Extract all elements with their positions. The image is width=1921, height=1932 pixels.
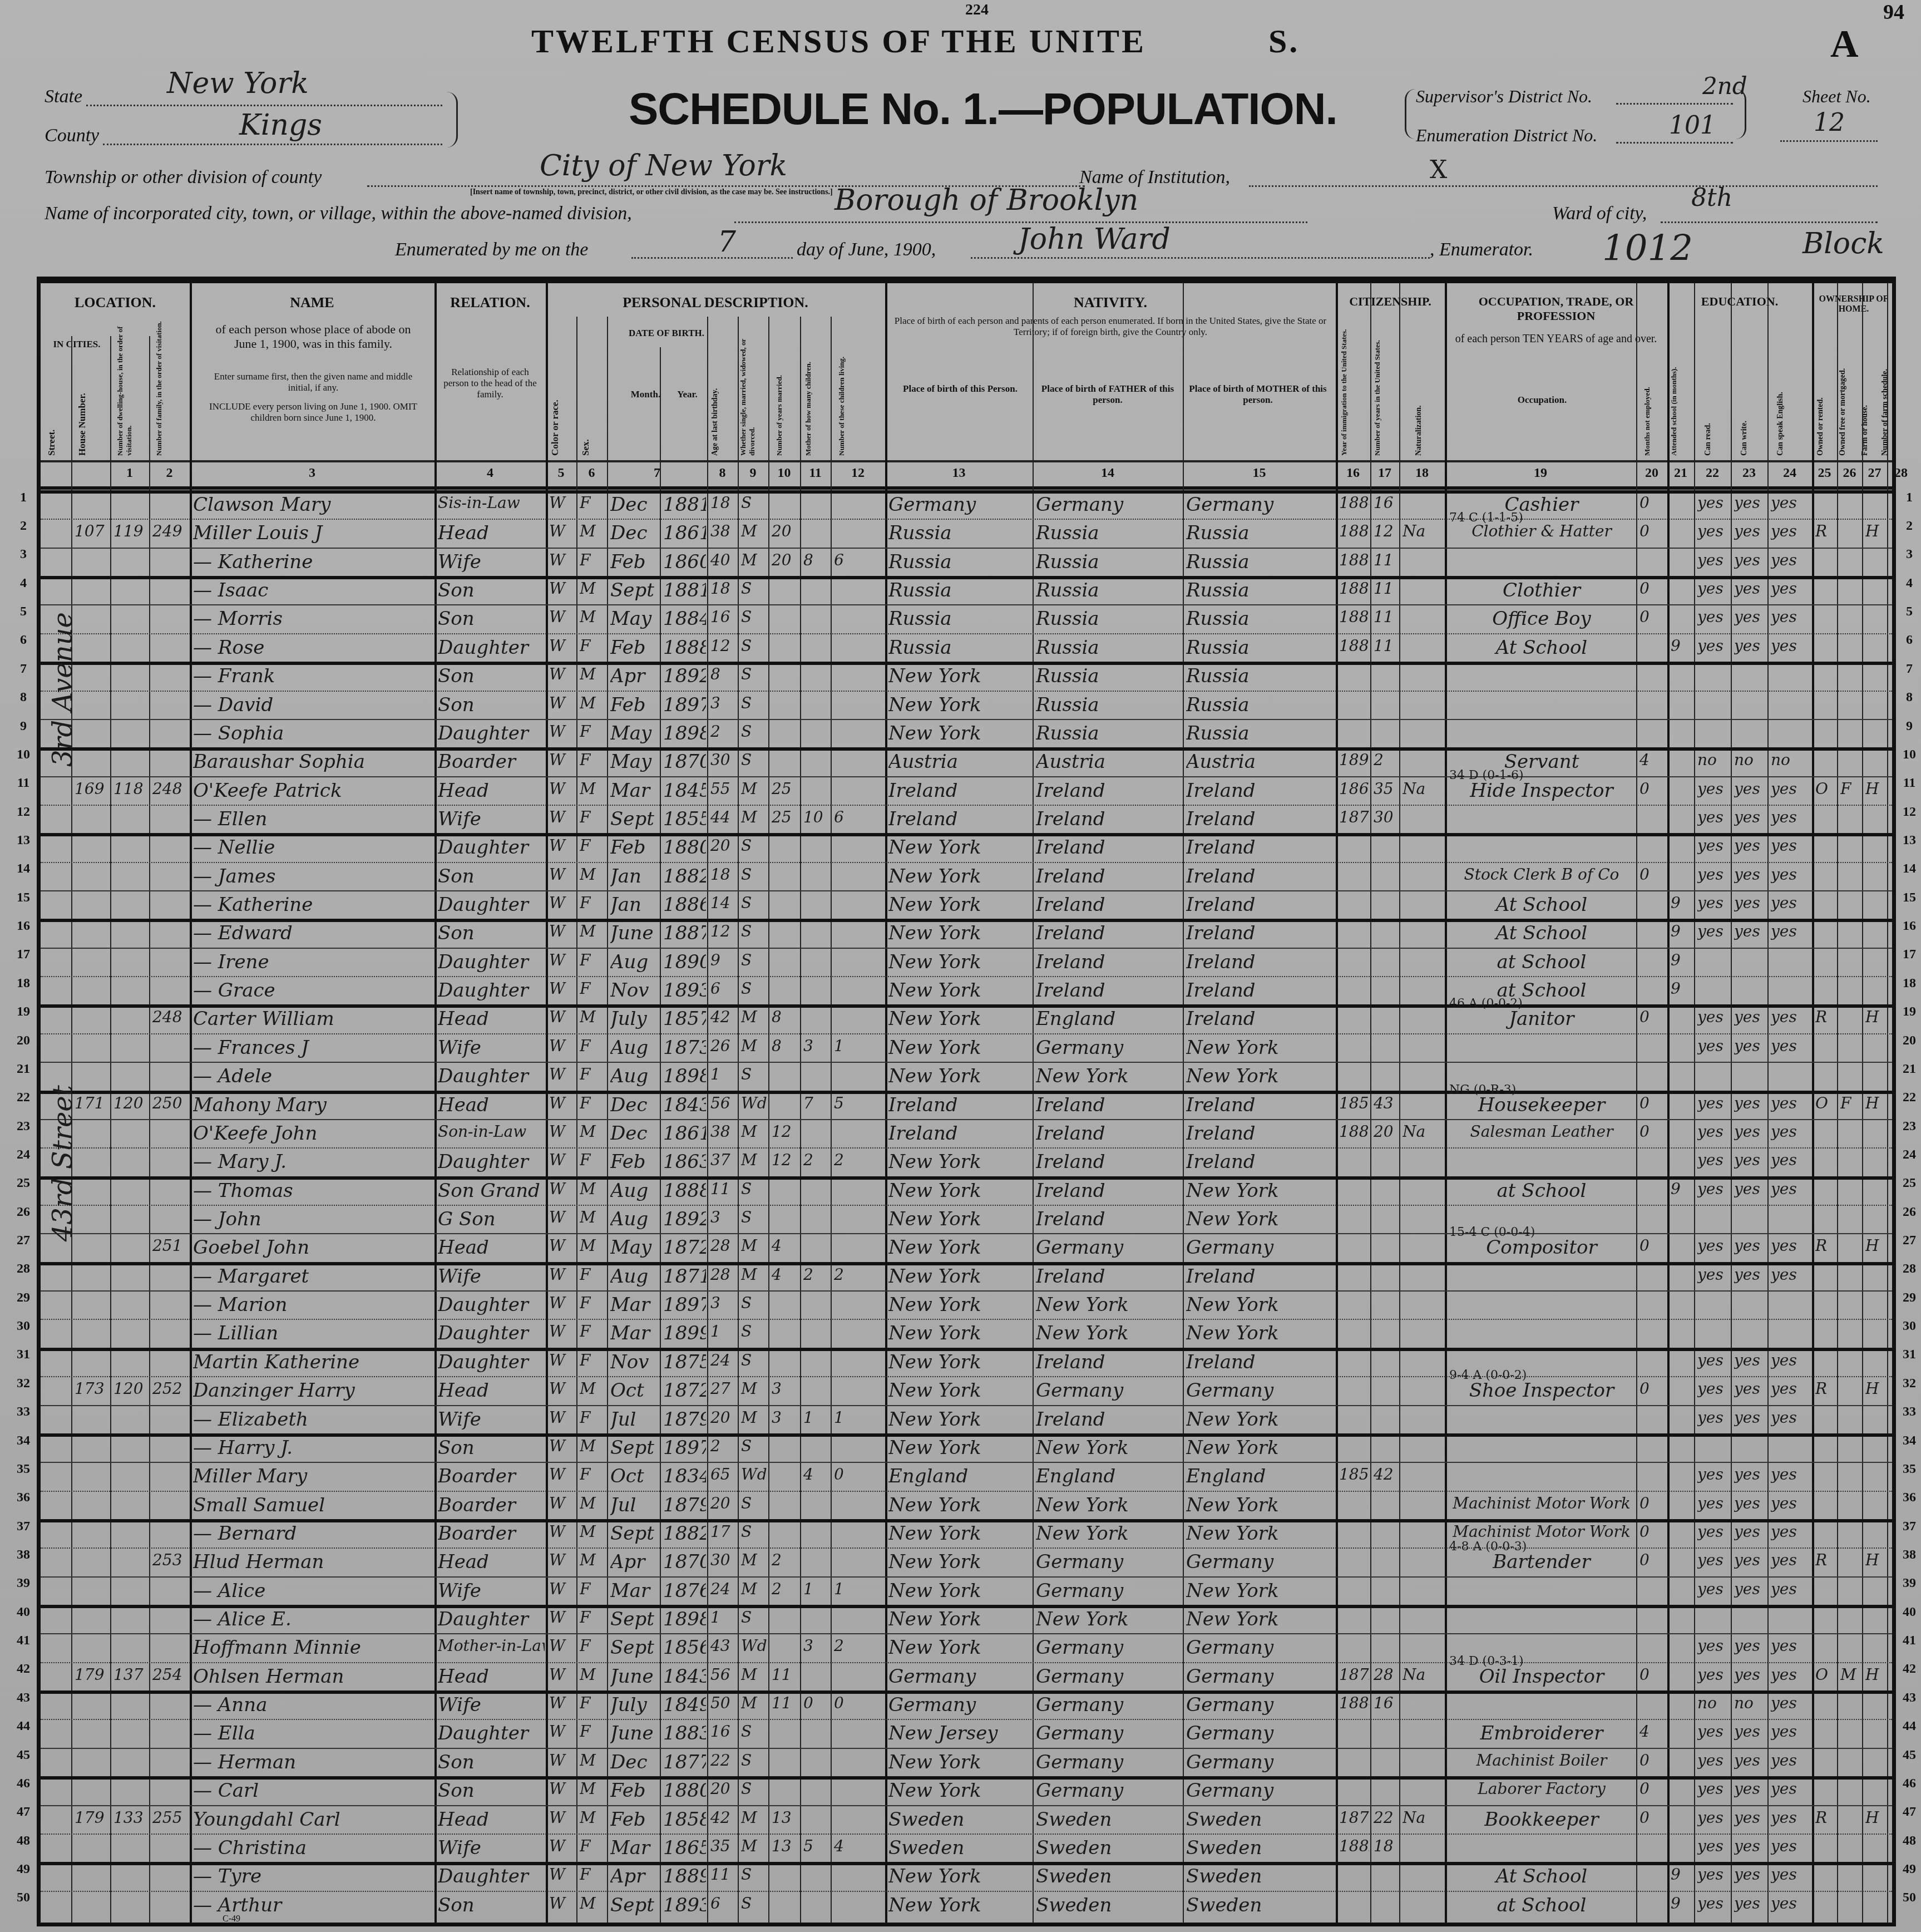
cell-bp: New York <box>888 951 1031 973</box>
cell-free: F <box>1840 780 1861 798</box>
column-number: 20 <box>1636 466 1667 481</box>
name-include: INCLUDE every person living on June 1, 1… <box>208 401 419 423</box>
cell-name: — Sophia <box>193 722 433 745</box>
cell-rel: Son <box>438 1894 545 1916</box>
cell-speak: yes <box>1771 1465 1811 1483</box>
cell-bp: Russia <box>888 608 1031 630</box>
county-label: County <box>45 125 99 146</box>
cell-color: W <box>549 922 575 940</box>
cell-liv: 6 <box>834 808 884 826</box>
cell-own: O <box>1815 1665 1836 1684</box>
cell-rel: Daughter <box>438 836 545 859</box>
margin-note: 1012 <box>1602 228 1693 269</box>
cell-farm: H <box>1865 780 1886 798</box>
column-number: 26 <box>1837 466 1862 481</box>
cell-mar: S <box>741 1522 767 1541</box>
row-number: 24 <box>1898 1147 1920 1162</box>
farm-schedule-header: Number of farm schedule. <box>1881 317 1890 456</box>
cell-speak: yes <box>1771 1751 1811 1770</box>
row-number: 20 <box>12 1033 34 1048</box>
cell-year: 1879 <box>663 1494 706 1516</box>
cell-bm: Ireland <box>1186 894 1335 916</box>
column-number: 17 <box>1370 466 1399 481</box>
cell-speak: yes <box>1771 1551 1811 1569</box>
cell-name: — Elizabeth <box>193 1408 433 1431</box>
cell-yrs: 16 <box>1374 494 1398 512</box>
cell-rel: Wife <box>438 1408 545 1431</box>
row-number: 36 <box>12 1490 34 1505</box>
sheet-side: A <box>1830 22 1859 67</box>
cell-bp: New York <box>888 1580 1031 1602</box>
column-number: 9 <box>738 466 768 481</box>
row-number: 25 <box>1898 1176 1920 1191</box>
cell-month: Dec <box>610 1751 659 1773</box>
cell-moth: 3 <box>803 1637 829 1655</box>
cell-occ: at School <box>1448 1180 1635 1202</box>
cell-name: — Ellen <box>193 808 433 830</box>
cell-rel: Daughter <box>438 1294 545 1316</box>
cell-write: yes <box>1734 922 1766 940</box>
cell-mar: S <box>741 694 767 712</box>
cell-name: — Edward <box>193 922 433 944</box>
col-group-occupation: OCCUPATION, TRADE, OR PROFESSION <box>1445 294 1667 323</box>
cell-month: Feb <box>610 1151 659 1173</box>
cell-bm: New York <box>1186 1408 1335 1431</box>
cell-month: Mar <box>610 780 659 802</box>
cell-speak: yes <box>1771 894 1811 912</box>
cell-year: 1865 <box>663 1837 706 1859</box>
cell-sex: M <box>580 1437 606 1455</box>
cell-color: W <box>549 1665 575 1684</box>
cell-bf: New York <box>1036 1065 1182 1087</box>
block-note: Block <box>1803 227 1884 260</box>
enumerator-name: John Ward <box>1018 223 1171 256</box>
cell-sex: M <box>580 694 606 712</box>
column-number: 21 <box>1667 466 1694 481</box>
form-code: C-49 <box>223 1914 240 1924</box>
cell-yrs: 43 <box>1374 1094 1398 1112</box>
cell-name: — Margaret <box>193 1265 433 1288</box>
cell-fam: 255 <box>152 1808 189 1827</box>
cell-speak: yes <box>1771 1494 1811 1512</box>
cell-month: Oct <box>610 1379 659 1402</box>
cell-speak: yes <box>1771 922 1811 940</box>
cell-sex: F <box>580 1865 606 1884</box>
cell-bm: Russia <box>1186 637 1335 659</box>
page-number-top: 224 <box>965 1 989 19</box>
cell-speak: yes <box>1771 1637 1811 1655</box>
cell-unemp: 0 <box>1639 780 1666 798</box>
cell-bp: New York <box>888 1037 1031 1059</box>
cell-occ: Machinist Motor Work <box>1448 1522 1635 1541</box>
cell-ym: 20 <box>772 522 799 540</box>
ward-value: 8th <box>1691 184 1732 212</box>
cell-color: W <box>549 1065 575 1083</box>
column-number: 24 <box>1767 466 1812 481</box>
enumerator-label: , Enumerator. <box>1430 239 1533 260</box>
date-of-birth: DATE OF BIRTH. <box>625 328 708 339</box>
cell-name: Hoffmann Minnie <box>193 1637 433 1659</box>
cell-unemp: 0 <box>1639 1522 1666 1541</box>
cell-rel: Daughter <box>438 722 545 745</box>
months-unemployed-header: Months not employed. <box>1643 372 1665 456</box>
row-number: 18 <box>1898 976 1920 991</box>
cell-read: no <box>1697 1694 1730 1712</box>
cell-bm: Ireland <box>1186 808 1335 830</box>
cell-own: O <box>1815 1094 1836 1112</box>
cell-mar: S <box>741 579 767 598</box>
cell-dwell: 119 <box>113 522 148 540</box>
cell-bp: New York <box>888 1065 1031 1087</box>
cell-month: Feb <box>610 836 659 859</box>
cell-bm: Ireland <box>1186 922 1335 944</box>
cell-sex: F <box>580 1037 606 1055</box>
cell-name: Ohlsen Herman <box>193 1665 433 1688</box>
row-number: 13 <box>1898 833 1920 848</box>
age-header: Age at last birthday. <box>711 317 720 456</box>
cell-write: no <box>1734 751 1766 769</box>
cell-speak: yes <box>1771 1151 1811 1169</box>
cell-sex: F <box>580 1408 606 1427</box>
cell-read: yes <box>1697 1665 1730 1684</box>
cell-color: W <box>549 1322 575 1340</box>
cell-month: Feb <box>610 1808 659 1831</box>
row-number: 15 <box>1898 890 1920 905</box>
cell-speak: yes <box>1771 522 1811 540</box>
row-number: 6 <box>12 633 34 648</box>
cell-age: 42 <box>710 1808 737 1827</box>
cell-month: Aug <box>610 1065 659 1087</box>
cell-mar: S <box>741 665 767 683</box>
cell-rel: Boarder <box>438 1465 545 1487</box>
cell-year: 1898 <box>663 722 706 745</box>
cell-sch: 9 <box>1671 1865 1693 1884</box>
cell-color: W <box>549 608 575 626</box>
cell-fam: 248 <box>152 780 189 798</box>
table-row: — ElizabethWifeWFJul187920M311New YorkIr… <box>41 1405 1892 1433</box>
cell-sex: M <box>580 1122 606 1141</box>
cell-read: yes <box>1697 1751 1730 1770</box>
cell-mar: S <box>741 979 767 998</box>
cell-bp: New York <box>888 665 1031 687</box>
cell-name: O'Keefe John <box>193 1122 433 1145</box>
row-number: 18 <box>12 976 34 991</box>
cell-occ: Stock Clerk B of Co <box>1448 865 1635 884</box>
cell-bm: Germany <box>1186 1780 1335 1802</box>
cell-fam: 248 <box>152 1008 189 1026</box>
cell-house: 179 <box>75 1808 109 1827</box>
cell-year: 1890 <box>663 951 706 973</box>
cell-bp: New York <box>888 922 1031 944</box>
cell-sex: F <box>580 1094 606 1112</box>
cell-name: O'Keefe Patrick <box>193 780 433 802</box>
cell-mar: M <box>741 1151 767 1169</box>
birth-father-header: Place of birth of FATHER of this person. <box>1035 383 1180 406</box>
cell-color: W <box>549 1865 575 1884</box>
cell-unemp: 0 <box>1639 1665 1666 1684</box>
cell-sex: F <box>580 1580 606 1598</box>
cell-bf: Sweden <box>1036 1894 1182 1916</box>
cell-color: W <box>549 1236 575 1255</box>
row-number: 47 <box>1898 1805 1920 1820</box>
cell-rel: Daughter <box>438 979 545 1002</box>
cell-sex: M <box>580 780 606 798</box>
table-row: Martin KatherineDaughterWFNov187524SNew … <box>41 1348 1892 1376</box>
cell-bm: Germany <box>1186 1379 1335 1402</box>
cell-sex: F <box>580 722 606 741</box>
cell-sex: F <box>580 1694 606 1712</box>
cell-color: W <box>549 836 575 855</box>
cell-unemp: 0 <box>1639 865 1666 884</box>
can-read-header: Can read. <box>1704 372 1713 456</box>
cell-bm: Ireland <box>1186 1094 1335 1116</box>
cell-mar: S <box>741 1751 767 1770</box>
row-number: 12 <box>12 805 34 820</box>
cell-name: Mahony Mary <box>193 1094 433 1116</box>
cell-bm: New York <box>1186 1208 1335 1230</box>
cell-read: yes <box>1697 1379 1730 1398</box>
row-number: 11 <box>1898 776 1920 791</box>
cell-imm: 1889 <box>1339 551 1369 569</box>
cell-mar: S <box>741 1294 767 1312</box>
cell-dwell: 133 <box>113 1808 148 1827</box>
cell-occ: Machinist Boiler <box>1448 1751 1635 1770</box>
cell-bm: Ireland <box>1186 780 1335 802</box>
cell-liv: 2 <box>834 1151 884 1169</box>
cell-speak: no <box>1771 751 1811 769</box>
column-number: 2 <box>149 466 190 481</box>
cell-year: 1876 <box>663 1580 706 1602</box>
row-number: 16 <box>12 919 34 934</box>
cell-rel: Son <box>438 1437 545 1459</box>
cell-rel: Wife <box>438 551 545 573</box>
cell-imm: 1872 <box>1339 1665 1369 1684</box>
row-number: 1 <box>1898 490 1920 505</box>
cell-dwell: 120 <box>113 1379 148 1398</box>
cell-nat: Na <box>1403 780 1444 798</box>
table-row: — EdwardSonWMJune188712SNew YorkIrelandI… <box>41 919 1892 947</box>
cell-year: 1888 <box>663 1180 706 1202</box>
cell-bf: Germany <box>1036 494 1182 516</box>
cell-rel: Head <box>438 1094 545 1116</box>
cell-bf: Ireland <box>1036 836 1182 859</box>
cell-bf: Russia <box>1036 722 1182 745</box>
name-instructions: Enter surname first, then the given name… <box>208 371 419 393</box>
cell-year: 1881 <box>663 579 706 602</box>
cell-color: W <box>549 865 575 884</box>
cell-free: M <box>1840 1665 1861 1684</box>
cell-speak: yes <box>1771 1894 1811 1913</box>
table-row: — Mary J.DaughterWFFeb186337M1222New Yor… <box>41 1147 1892 1176</box>
cell-age: 56 <box>710 1665 737 1684</box>
cell-read: yes <box>1697 808 1730 826</box>
cell-month: Nov <box>610 979 659 1002</box>
ward-field <box>1661 221 1878 223</box>
cell-color: W <box>549 808 575 826</box>
cell-liv: 0 <box>834 1694 884 1712</box>
cell-moth: 4 <box>803 1465 829 1483</box>
enumerated-day: 7 <box>718 225 736 259</box>
cell-rel: Son <box>438 865 545 888</box>
cell-bm: Russia <box>1186 608 1335 630</box>
sheet-field <box>1780 140 1878 142</box>
cell-bp: New York <box>888 894 1031 916</box>
cell-read: yes <box>1697 922 1730 940</box>
row-number: 9 <box>12 719 34 734</box>
cell-name: — Alice <box>193 1580 433 1602</box>
cell-rel: G Son <box>438 1208 545 1230</box>
cell-farm: H <box>1865 1665 1886 1684</box>
cell-bf: Russia <box>1036 665 1182 687</box>
row-number: 34 <box>1898 1433 1920 1448</box>
cell-bp: New York <box>888 1294 1031 1316</box>
cell-bf: Ireland <box>1036 1180 1182 1202</box>
cell-bf: Germany <box>1036 1551 1182 1573</box>
cell-age: 27 <box>710 1379 737 1398</box>
cell-color: W <box>549 894 575 912</box>
cell-occ: Office Boy <box>1448 608 1635 630</box>
row-number: 29 <box>12 1290 34 1305</box>
row-number: 37 <box>1898 1519 1920 1534</box>
cell-month: Dec <box>610 522 659 544</box>
cell-year: 1870 <box>663 751 706 773</box>
cell-year: 1857 <box>663 1008 706 1030</box>
cell-bf: Ireland <box>1036 1151 1182 1173</box>
cell-age: 11 <box>710 1865 737 1884</box>
row-number: 43 <box>1898 1690 1920 1706</box>
table-row: — FrankSonWMApr18928SNew YorkRussiaRussi… <box>41 662 1892 690</box>
cell-read: yes <box>1697 836 1730 855</box>
cell-unemp: 0 <box>1639 1236 1666 1255</box>
cell-rel: Daughter <box>438 1865 545 1887</box>
table-row: 171120250Mahony MaryHeadWFDec184356Wd75I… <box>41 1091 1892 1119</box>
cell-bf: Ireland <box>1036 808 1182 830</box>
column-number: 11 <box>800 466 831 481</box>
cell-farm: H <box>1865 1008 1886 1026</box>
cell-sch: 9 <box>1671 1894 1693 1913</box>
cell-color: W <box>549 1379 575 1398</box>
cell-mar: Wd <box>741 1465 767 1483</box>
cell-color: W <box>549 1437 575 1455</box>
cell-write: yes <box>1734 494 1766 512</box>
cell-write: yes <box>1734 1379 1766 1398</box>
cell-speak: yes <box>1771 1808 1811 1827</box>
cell-age: 11 <box>710 1180 737 1198</box>
cell-age: 8 <box>710 665 737 683</box>
cell-color: W <box>549 1522 575 1541</box>
cell-month: June <box>610 1722 659 1744</box>
cell-age: 28 <box>710 1265 737 1284</box>
cell-sch: 9 <box>1671 1180 1693 1198</box>
column-number: 14 <box>1033 466 1183 481</box>
cell-speak: yes <box>1771 637 1811 655</box>
cell-mar: S <box>741 1865 767 1884</box>
cell-bp: New York <box>888 1494 1031 1516</box>
cell-sex: M <box>580 1780 606 1798</box>
cell-mar: S <box>741 1608 767 1627</box>
row-number: 28 <box>1898 1261 1920 1276</box>
cell-write: yes <box>1734 1008 1766 1026</box>
cell-year: 1884 <box>663 608 706 630</box>
nativity-description: Place of birth of each person and parent… <box>891 316 1330 338</box>
cell-year: 1892 <box>663 1208 706 1230</box>
cell-mar: M <box>741 1236 767 1255</box>
cell-rel: Son-in-Law <box>438 1122 545 1141</box>
row-number: 40 <box>1898 1605 1920 1620</box>
row-number: 41 <box>1898 1633 1920 1648</box>
cell-unemp: 0 <box>1639 522 1666 540</box>
cell-month: Dec <box>610 1122 659 1145</box>
row-number: 5 <box>12 604 34 619</box>
occupation-code: 46 A (0-0-2) <box>1449 997 1523 1011</box>
township-note: [Insert name of township, town, precinct… <box>470 188 833 197</box>
cell-nat: Na <box>1403 522 1444 540</box>
cell-speak: yes <box>1771 1722 1811 1741</box>
cell-mar: M <box>741 808 767 826</box>
cell-bf: Germany <box>1036 1037 1182 1059</box>
cell-speak: yes <box>1771 1694 1811 1712</box>
table-row: — AdeleDaughterWFAug18981SNew YorkNew Yo… <box>41 1062 1892 1090</box>
cell-sex: F <box>580 1065 606 1083</box>
cell-mar: M <box>741 1808 767 1827</box>
cell-liv: 1 <box>834 1580 884 1598</box>
cell-farm: H <box>1865 1808 1886 1827</box>
cell-bm: Germany <box>1186 1637 1335 1659</box>
row-number: 3 <box>1898 547 1920 562</box>
cell-mar: S <box>741 951 767 969</box>
cell-age: 9 <box>710 951 737 969</box>
cell-read: yes <box>1697 1465 1730 1483</box>
cell-bf: Ireland <box>1036 894 1182 916</box>
immigration-header: Year of immigration to the United States… <box>1340 317 1364 456</box>
cell-month: Aug <box>610 951 659 973</box>
cell-unemp: 0 <box>1639 1494 1666 1512</box>
cell-mar: S <box>741 1180 767 1198</box>
column-number: 19 <box>1445 466 1636 481</box>
cell-bf: Germany <box>1036 1379 1182 1402</box>
cell-ym: 8 <box>772 1008 799 1026</box>
cell-sch: 9 <box>1671 979 1693 998</box>
cell-rel: Head <box>438 1008 545 1030</box>
cell-yrs: 42 <box>1374 1465 1398 1483</box>
cell-month: July <box>610 1694 659 1716</box>
column-number: 12 <box>831 466 885 481</box>
cell-sex: M <box>580 608 606 626</box>
table-row: Clawson MarySis-in-LawWFDec188118SGerman… <box>41 490 1892 519</box>
table-row: — EllenWifeWFSept185544M25106IrelandIrel… <box>41 805 1892 833</box>
cell-write: yes <box>1734 522 1766 540</box>
cell-bf: Ireland <box>1036 1351 1182 1373</box>
cell-ym: 11 <box>772 1694 799 1712</box>
cell-sex: M <box>580 1522 606 1541</box>
table-row: — CarlSonWMFeb188020SNew YorkGermanyGerm… <box>41 1776 1892 1805</box>
cell-liv: 6 <box>834 551 884 569</box>
row-number: 31 <box>12 1347 34 1362</box>
cell-write: yes <box>1734 865 1766 884</box>
cell-bf: Russia <box>1036 551 1182 573</box>
row-number: 46 <box>1898 1776 1920 1791</box>
enumeration-district: 101 <box>1669 111 1716 140</box>
cell-nat: Na <box>1403 1122 1444 1141</box>
cell-bf: Russia <box>1036 637 1182 659</box>
cell-sex: F <box>580 808 606 826</box>
cell-read: yes <box>1697 1894 1730 1913</box>
cell-speak: yes <box>1771 1180 1811 1198</box>
cell-bm: Ireland <box>1186 1122 1335 1145</box>
cell-occ: Oil Inspector <box>1448 1665 1635 1688</box>
col-group-relation: RELATION. <box>434 294 546 311</box>
cell-fam: 251 <box>152 1236 189 1255</box>
